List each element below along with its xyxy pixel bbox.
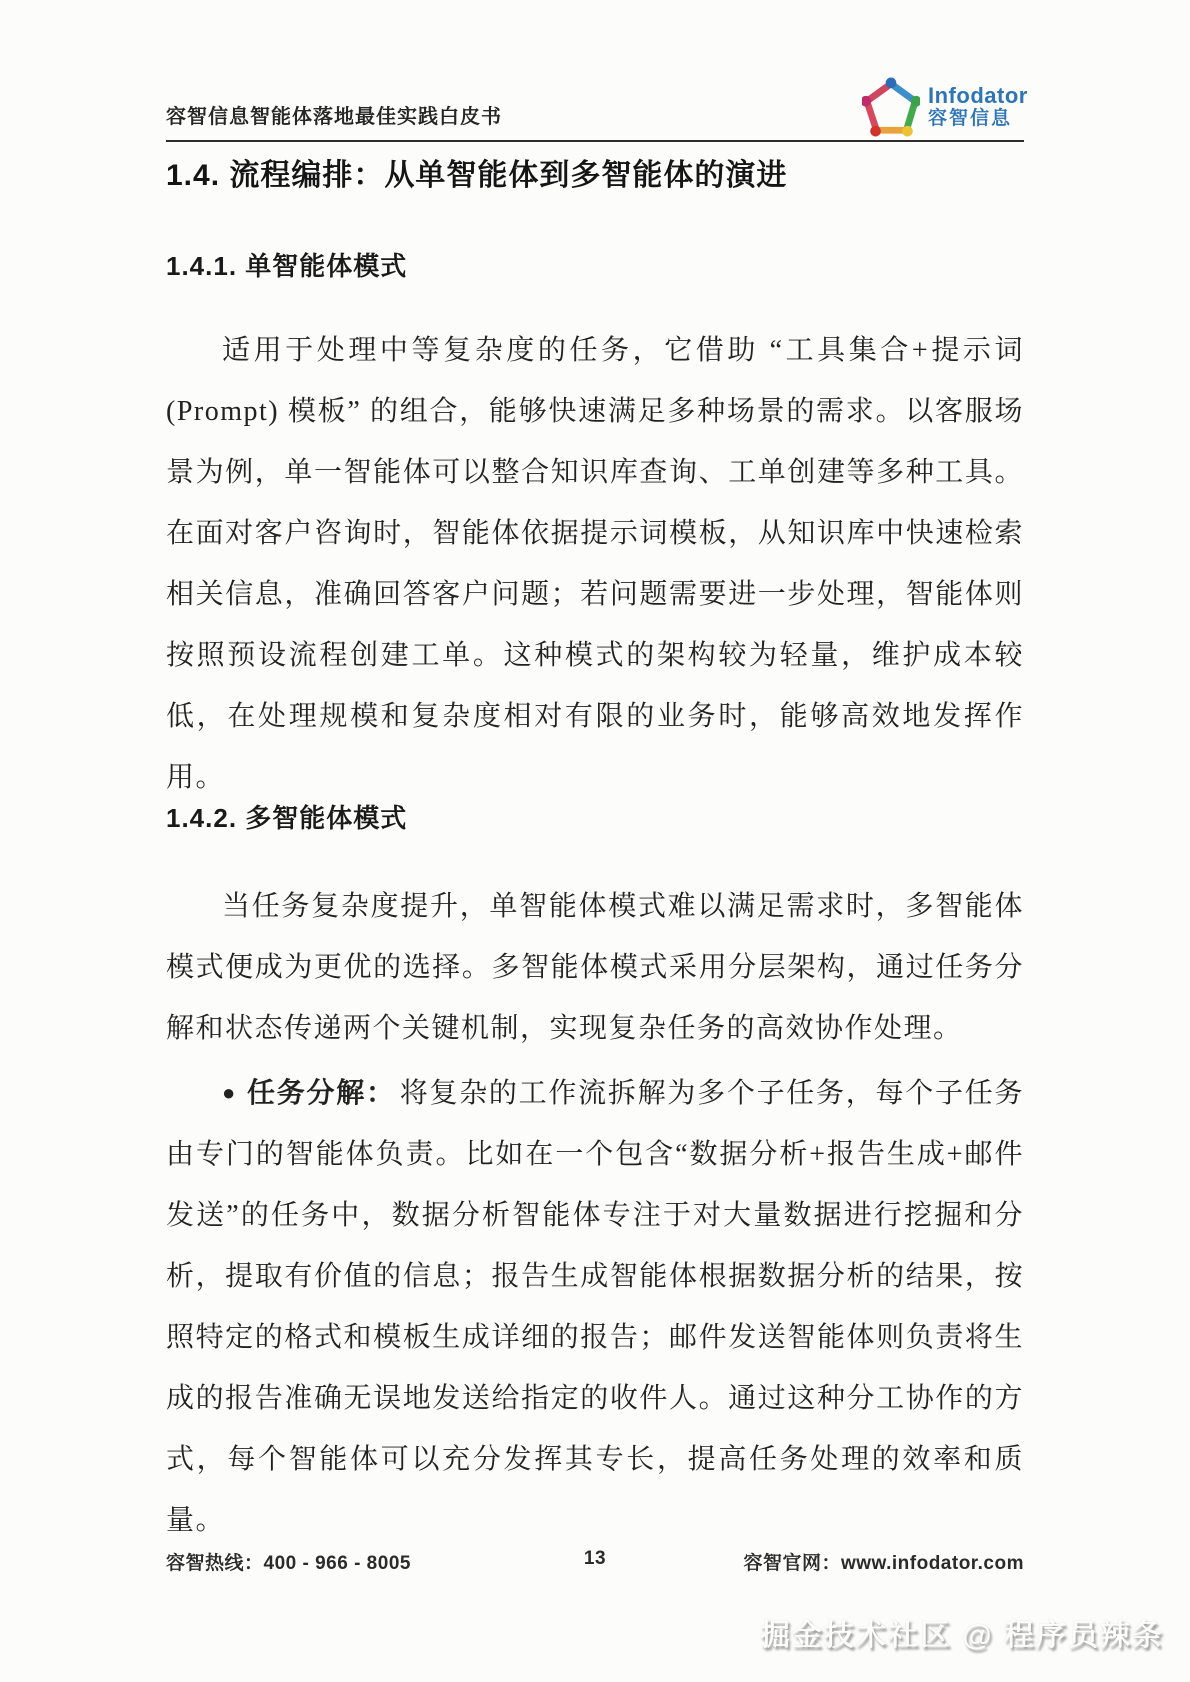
header-divider xyxy=(166,140,1024,142)
paragraph-single-agent: 适用于处理中等复杂度的任务，它借助 “工具集合+提示词 (Prompt) 模板”… xyxy=(166,320,1024,808)
brand-text: Infodator 容智信息 xyxy=(928,84,1028,130)
section-title: 1.4. 流程编排：从单智能体到多智能体的演进 xyxy=(166,150,1066,194)
document-page: 容智信息智能体落地最佳实践白皮书 Infodator 容智信息 1.4. 流程编… xyxy=(0,0,1190,1682)
bullet-task-decomposition: ●任务分解：将复杂的工作流拆解为多个子任务，每个子任务由专门的智能体负责。比如在… xyxy=(166,1062,1024,1551)
bullet-icon: ● xyxy=(222,1080,237,1105)
page-footer: 13 容智热线：400 - 966 - 8005 容智官网：www.infoda… xyxy=(166,1548,1024,1575)
watermark: 掘金技术社区 @ 程序员辣条 xyxy=(760,1610,1164,1654)
bullet-term: 任务分解： xyxy=(247,1077,396,1108)
website-url: www.infodator.com xyxy=(841,1553,1024,1574)
brand-name-cn: 容智信息 xyxy=(928,108,1028,130)
footer-website: 容智官网：www.infodator.com xyxy=(743,1548,1024,1575)
infodator-pentagon-icon xyxy=(862,76,920,138)
hotline-label: 容智热线： xyxy=(166,1553,264,1574)
bullet-text: 将复杂的工作流拆解为多个子任务，每个子任务由专门的智能体负责。比如在一个包含“数… xyxy=(166,1078,1024,1536)
hotline-number: 400 - 966 - 8005 xyxy=(264,1553,411,1574)
paragraph-multi-agent: 当任务复杂度提升，单智能体模式难以满足需求时，多智能体模式便成为更优的选择。多智… xyxy=(166,876,1024,1059)
company-logo: Infodator 容智信息 xyxy=(862,76,1028,138)
subsection-title-multi-agent: 1.4.2. 多智能体模式 xyxy=(166,798,1066,835)
subsection-title-single-agent: 1.4.1. 单智能体模式 xyxy=(166,246,1066,283)
header-doc-title: 容智信息智能体落地最佳实践白皮书 xyxy=(166,100,502,129)
website-label: 容智官网： xyxy=(743,1553,841,1574)
footer-hotline: 容智热线：400 - 966 - 8005 xyxy=(166,1548,411,1575)
brand-name-en: Infodator xyxy=(928,84,1028,108)
